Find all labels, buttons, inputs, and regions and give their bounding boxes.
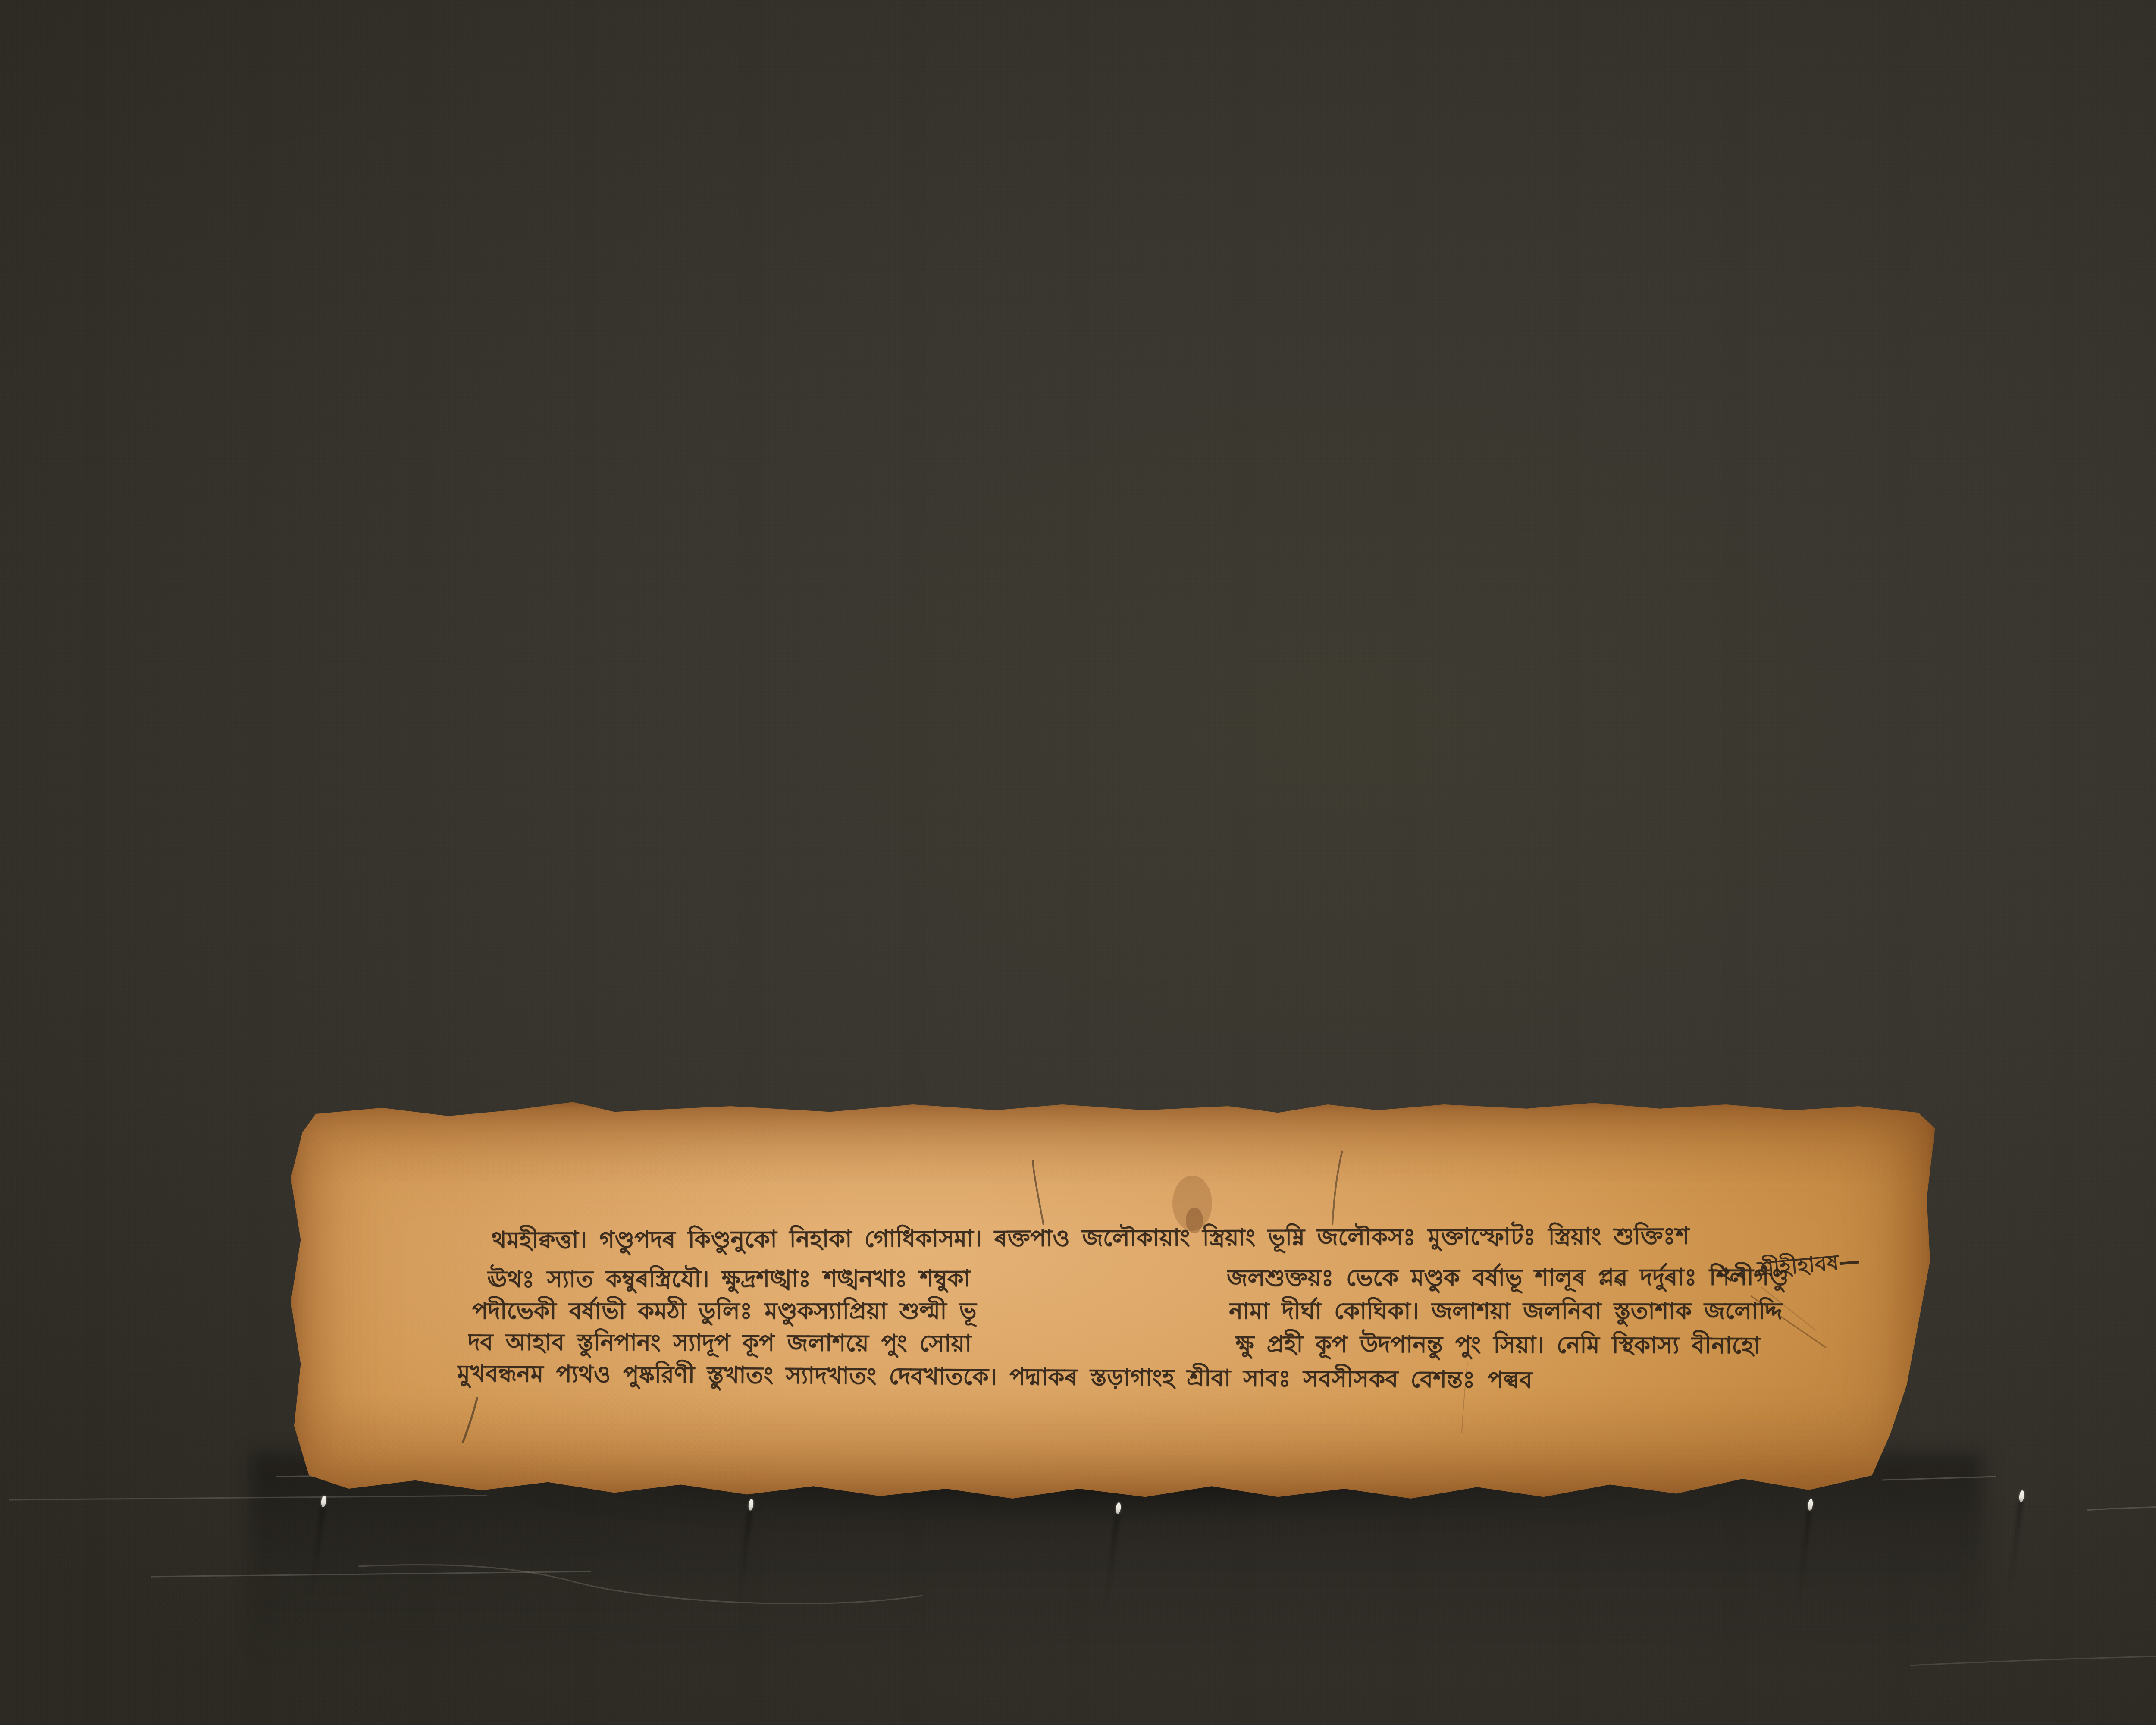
folio-number: ২২	[1717, 1258, 1748, 1285]
folio-gloss: শ্রীহীহাবষ—	[1756, 1248, 1861, 1282]
text-line-1: থমহীক্বত্তা। গণ্ডুপদৰ কিণ্ডুনুকো নিহাকা …	[492, 1217, 1915, 1257]
ink-flourish	[1332, 1151, 1342, 1225]
text-line-4-right: ক্ষু প্রহী কূপ উদপানন্তু পুং সিয়া। নেমি…	[1235, 1326, 1915, 1362]
photo-mat: থমহীক্বত্তা। গণ্ডুপদৰ কিণ্ডুনুকো নিহাকা …	[0, 0, 2156, 1725]
scratch-line	[1910, 1647, 2156, 1665]
scratch-line	[151, 1571, 591, 1577]
ink-flourish	[1033, 1160, 1044, 1225]
text-line-2: ঊথঃ স্যাত কম্বুৰস্ত্রিযৌ। ক্ষুদ্রশঙ্খাঃ …	[282, 1259, 1942, 1296]
text-line-2-left: ঊথঃ স্যাত কম্বুৰস্ত্রিযৌ। ক্ষুদ্রশঙ্খাঃ …	[487, 1260, 1091, 1295]
ink-flourish	[463, 1397, 477, 1443]
manuscript-leaf: থমহীক্বত্তা। গণ্ডুপদৰ কিণ্ডুনুকো নিহাকা …	[282, 1095, 1942, 1509]
text-line-3: পদীভেকী বর্ষাভী কমঠী ডুলিঃ মণ্ডুকস্যাপ্র…	[282, 1293, 1942, 1327]
text-line-3-left: পদীভেকী বর্ষাভী কমঠী ডুলিঃ মণ্ডুকস্যাপ্র…	[472, 1293, 1084, 1327]
scratch-line	[2087, 1504, 2156, 1510]
text-line-4-left: দব আহাব স্তুনিপানং স্যাদূপ কূপ জলাশয়ে প…	[468, 1324, 1102, 1360]
text-line-3-right: নামা দীর্ঘা কোঘিকা। জলাশয়া জলনিবা স্তুত…	[1229, 1293, 1915, 1327]
scratch-line	[358, 1565, 923, 1603]
